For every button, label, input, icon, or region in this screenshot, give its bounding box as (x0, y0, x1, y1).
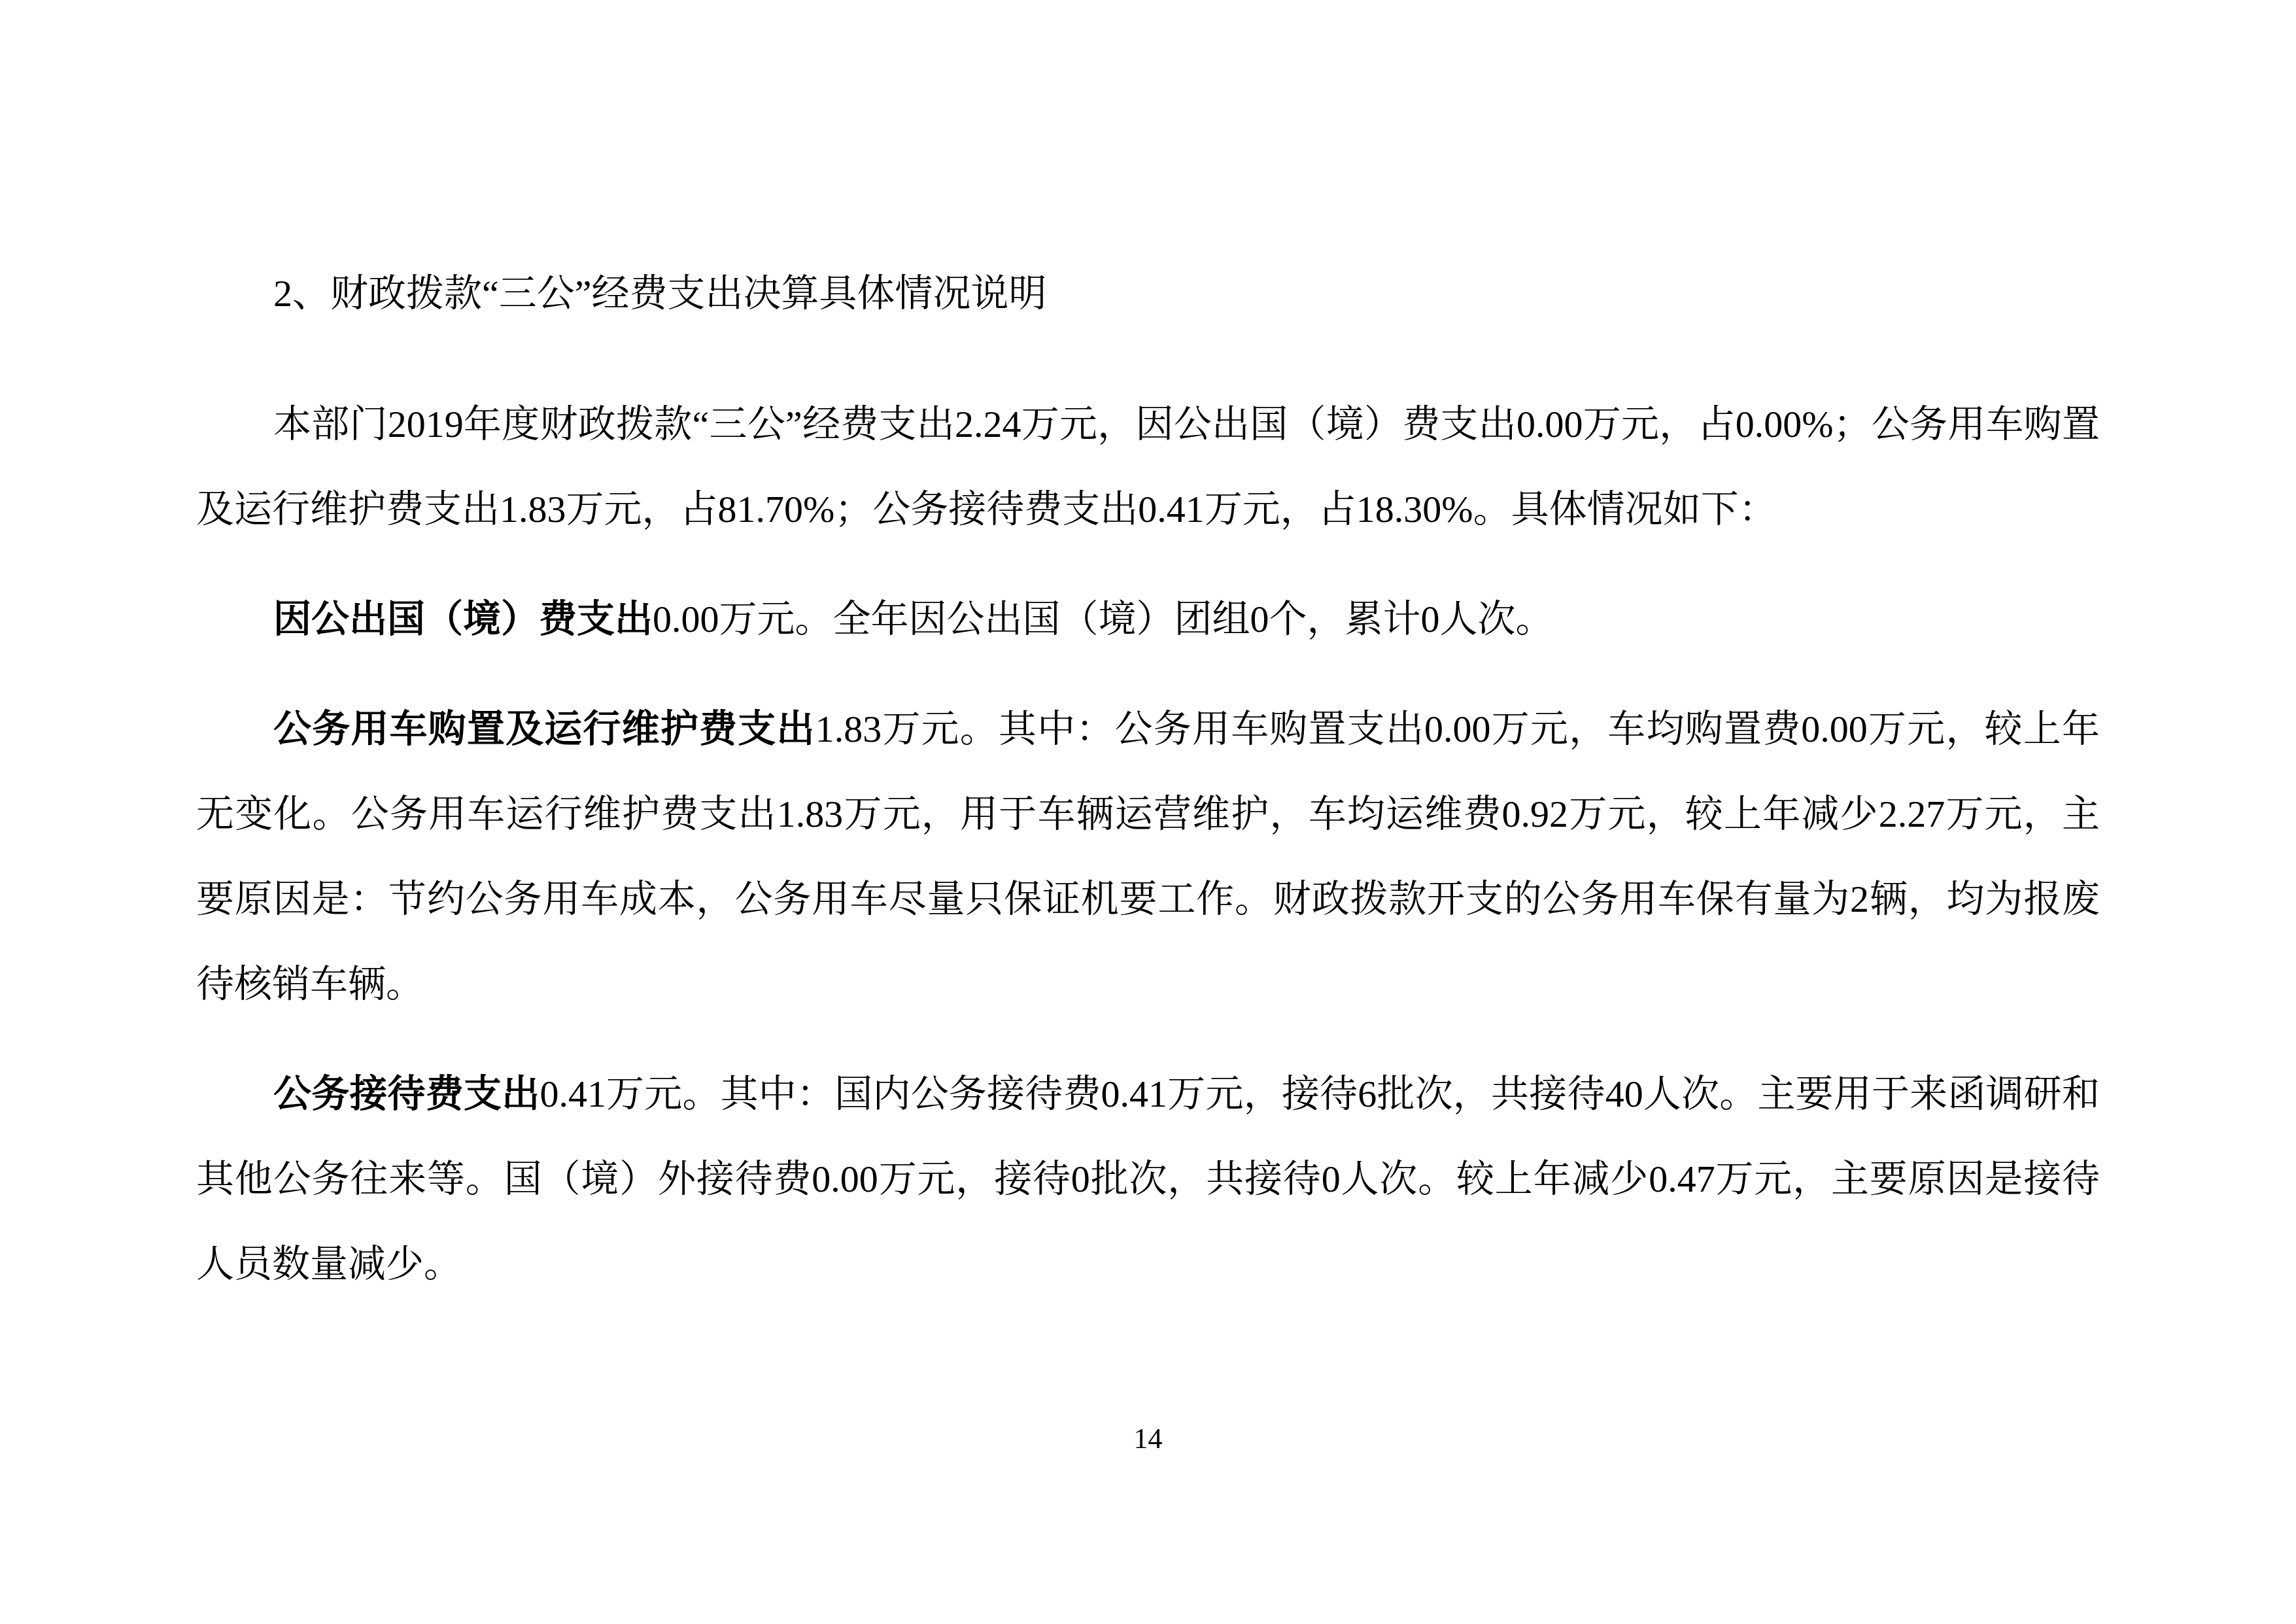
paragraph-reception-expense: 公务接待费支出0.41万元。其中：国内公务接待费0.41万元，接待6批次，共接待… (196, 1052, 2100, 1307)
document-body: 2、财政拨款“三公”经费支出决算具体情况说明 本部门2019年度财政拨款“三公”… (196, 251, 2100, 1332)
paragraph-lead: 公务接待费支出 (273, 1073, 540, 1115)
paragraph-lead: 公务用车购置及运行维护费支出 (273, 708, 815, 750)
page-number: 14 (0, 1421, 2296, 1457)
paragraph-text: 0.00万元。全年因公出国（境）团组0个，累计0人次。 (653, 598, 1554, 640)
paragraph-text: 本部门2019年度财政拨款“三公”经费支出2.24万元，因公出国（境）费支出0.… (196, 403, 2100, 530)
paragraph-vehicle-expense: 公务用车购置及运行维护费支出1.83万元。其中：公务用车购置支出0.00万元，车… (196, 687, 2100, 1027)
paragraph-text: 1.83万元。其中：公务用车购置支出0.00万元，车均购置费0.00万元，较上年… (196, 708, 2100, 1005)
paragraph-abroad-expense: 因公出国（境）费支出0.00万元。全年因公出国（境）团组0个，累计0人次。 (196, 577, 2100, 662)
paragraph-summary: 本部门2019年度财政拨款“三公”经费支出2.24万元，因公出国（境）费支出0.… (196, 382, 2100, 552)
section-heading: 2、财政拨款“三公”经费支出决算具体情况说明 (196, 251, 2100, 336)
paragraph-lead: 因公出国（境）费支出 (273, 598, 653, 640)
